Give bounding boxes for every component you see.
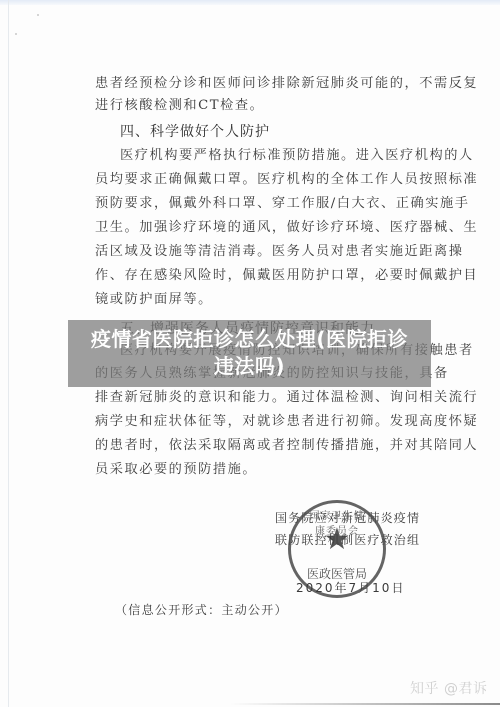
article-title: 疫情省医院拒诊怎么处理(医院拒诊 违法吗) (68, 326, 431, 380)
section-5-line: 的患者时，依法采取隔离或者控制传播措施，并对其陪同人 (95, 438, 478, 454)
section-4-line: 活区域及设施等清洁消毒。医务人员对患者实施近距离操 (95, 244, 463, 260)
document-date: 2020年7月10日 (296, 579, 405, 596)
section-4-line: 预防要求，佩戴外科口罩、穿工作服/白大衣、正确实施手 (95, 196, 469, 212)
section-5-line: 病学史和症状体征等，对就诊患者进行初筛。发现高度怀疑 (95, 414, 478, 430)
section-4-line: 卫生。加强诊疗环境的通风，做好诊疗环境、医疗器械、生 (95, 220, 478, 236)
intro-line: 患者经预检分诊和医师问诊排除新冠肺炎可能的，不需反复 (95, 76, 478, 92)
scan-bottom-edge (230, 703, 500, 705)
scan-speck (37, 14, 39, 16)
section-5-line: 排查新冠肺炎的意识和能力。通过体温检测、询问相关流行 (95, 390, 478, 406)
disclosure-form: （信息公开形式：主动公开） (115, 601, 288, 618)
scan-left-edge (8, 0, 9, 707)
intro-line: 进行核酸检测和CT检查。 (95, 98, 264, 114)
section-4-line: 医疗机构要严格执行标准预防措施。进入医疗机构的人 (120, 148, 474, 164)
article-title-line-1: 疫情省医院拒诊怎么处理(医院拒诊 (68, 326, 431, 353)
seal-star-icon: ★ (291, 525, 383, 555)
document-page: 患者经预检分诊和医师问诊排除新冠肺炎可能的，不需反复 进行核酸检测和CT检查。 … (0, 0, 500, 707)
section-5-line: 员采取必要的预防措施。 (95, 462, 257, 478)
article-title-line-2: 违法吗) (68, 353, 431, 380)
title-overlay-banner: 疫情省医院拒诊怎么处理(医院拒诊 违法吗) (68, 320, 431, 387)
scan-top-band (0, 0, 500, 5)
section-4-heading: 四、科学做好个人防护 (120, 121, 270, 141)
section-4-line: 作、存在感染风险时，佩戴医用防护口罩，必要时佩戴护目 (95, 268, 478, 284)
scan-speck (15, 33, 17, 35)
section-4-line: 员均要求正确佩戴口罩。医疗机构的全体工作人员按照标准 (95, 172, 478, 188)
zhihu-watermark: 知乎 @君诉 (410, 678, 487, 698)
section-4-line: 镜或防护面屏等。 (95, 292, 213, 308)
